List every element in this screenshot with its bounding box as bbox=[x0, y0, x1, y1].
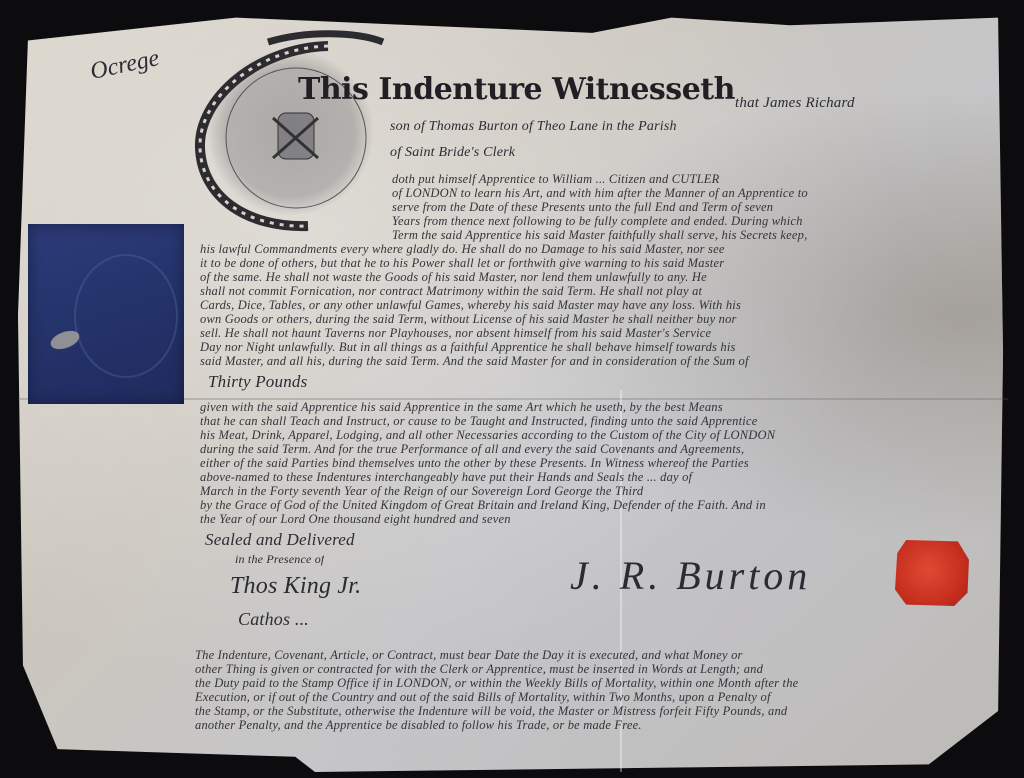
body-line: doth put himself Apprentice to William .… bbox=[392, 172, 982, 186]
year-line: the Year of our Lord One thousand eight … bbox=[200, 512, 800, 526]
footer-notice-line: The Indenture, Covenant, Article, or Con… bbox=[195, 648, 985, 662]
document-heading: This Indenture Witnesseth bbox=[298, 72, 735, 107]
body-line: sell. He shall not haunt Taverns nor Pla… bbox=[200, 326, 990, 340]
body-line: during the said Term. And for the true P… bbox=[200, 442, 990, 456]
body-line: of the same. He shall not waste the Good… bbox=[200, 270, 990, 284]
body-line: of Saint Bride's Clerk bbox=[390, 146, 515, 160]
body-line: Term the said Apprentice his said Master… bbox=[392, 228, 982, 242]
body-line: serve from the Date of these Presents un… bbox=[392, 200, 982, 214]
body-line: shall not commit Fornication, nor contra… bbox=[200, 284, 990, 298]
wax-fragment-icon bbox=[48, 327, 82, 352]
footer-notice-line: another Penalty, and the Apprentice be d… bbox=[195, 718, 815, 732]
footer-notice-line: the Stamp, or the Substitute, otherwise … bbox=[195, 704, 955, 718]
footer-notice-line: the Duty paid to the Stamp Office if in … bbox=[195, 676, 985, 690]
body-line: his lawful Commandments every where glad… bbox=[200, 242, 990, 256]
apprentice-name: that James Richard bbox=[735, 96, 855, 110]
red-wax-seal-icon bbox=[895, 540, 969, 606]
footer-notice-line: Execution, or if out of the Country and … bbox=[195, 690, 975, 704]
witness-signature: Thos King Jr. bbox=[230, 572, 361, 600]
footer-notice-line: other Thing is given or contracted for w… bbox=[195, 662, 985, 676]
body-line: his Meat, Drink, Apparel, Lodging, and a… bbox=[200, 428, 990, 442]
body-line: that he can shall Teach and Instruct, or… bbox=[200, 414, 990, 428]
body-line: said Master, and all his, during the sai… bbox=[200, 354, 990, 368]
body-line: own Goods or others, during the said Ter… bbox=[200, 312, 990, 326]
body-line: above-named to these Indentures intercha… bbox=[200, 470, 990, 484]
body-line: Day nor Night unlawfully. But in all thi… bbox=[200, 340, 990, 354]
apprentice-signature: J. R. Burton bbox=[570, 552, 811, 599]
body-line: by the Grace of God of the United Kingdo… bbox=[200, 498, 990, 512]
blue-paper-seal-icon bbox=[28, 224, 184, 404]
body-line: son of Thomas Burton of Theo Lane in the… bbox=[390, 120, 1000, 134]
body-line: of LONDON to learn his Art, and with him… bbox=[392, 186, 982, 200]
decorated-initial-t-icon bbox=[178, 28, 398, 238]
body-line: given with the said Apprentice his said … bbox=[200, 400, 990, 414]
date-line: March in the Forty seventh Year of the R… bbox=[200, 484, 990, 498]
body-line: Years from thence next following to be f… bbox=[392, 214, 982, 228]
body-line: either of the said Parties bind themselv… bbox=[200, 456, 990, 470]
sealed-delivered-label: Sealed and Delivered bbox=[205, 530, 355, 550]
body-line: it to be done of others, but that he to … bbox=[200, 256, 990, 270]
presence-label: in the Presence of bbox=[235, 552, 324, 566]
premium-amount: Thirty Pounds bbox=[208, 372, 307, 392]
body-line: Cards, Dice, Tables, or any other unlawf… bbox=[200, 298, 990, 312]
embossed-stamp-icon bbox=[74, 254, 178, 378]
witness-signature: Cathos ... bbox=[238, 608, 309, 630]
